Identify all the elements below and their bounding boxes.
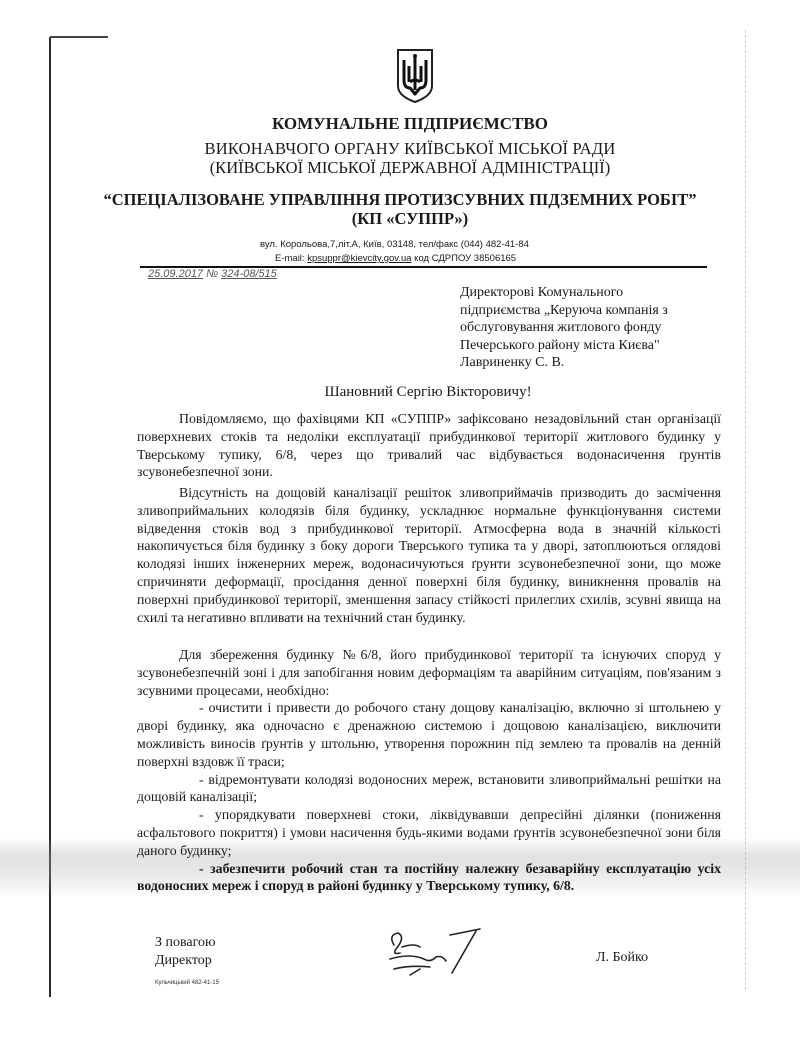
body-paragraph-2: Відсутність на дощовій каналізації решіт… [137, 484, 721, 626]
addressee-block: Директорові Комунального підприємства „К… [460, 284, 720, 372]
org-address: вул. Корольова,7,літ.А, Київ, 03148, тел… [260, 239, 529, 250]
addressee-line: обслуговування житлового фонду [460, 319, 720, 337]
org-parent-line: ВИКОНАВЧОГО ОРГАНУ КИЇВСЬКОЇ МІСЬКОЇ РАД… [10, 139, 800, 159]
signatory-position: Директор [155, 952, 216, 970]
addressee-line: Лавриненку С. В. [460, 354, 720, 372]
outgoing-reference: 25.09.2017 № 324-08/515 [148, 268, 277, 280]
email-label: E-mail: [275, 253, 307, 264]
paragraph-text: Відсутність на дощовій каналізації решіт… [137, 484, 721, 626]
org-type-heading: КОМУНАЛЬНЕ ПІДПРИЄМСТВО [10, 114, 800, 134]
executor-note: Кульчицький 482-41-15 [155, 980, 219, 986]
addressee-line: Директорові Комунального [460, 284, 720, 302]
outgoing-date: 25.09.2017 [148, 268, 203, 280]
addressee-line: підприємства „Керуюча компанія з [460, 302, 720, 320]
body-paragraph-3: Для збереження будинку №6/8, його прибуд… [137, 646, 721, 895]
action-item-1: - очистити і привести до робочого стану … [137, 699, 721, 770]
body-paragraph-1: Повідомляємо, що фахівцями КП «СУППР» за… [137, 410, 721, 481]
paragraph-text: Повідомляємо, що фахівцями КП «СУППР» за… [137, 410, 721, 481]
email-link[interactable]: kpsuppr@kievcity.gov.ua [307, 253, 411, 264]
signatory-name: Л. Бойко [596, 950, 648, 966]
org-parent-line-2: (КИЇВСЬКОЇ МІСЬКОЇ ДЕРЖАВНОЇ АДМІНІСТРАЦ… [10, 158, 800, 178]
org-abbrev: (КП «СУППР») [10, 209, 800, 229]
letter-page: КОМУНАЛЬНЕ ПІДПРИЄМСТВО ВИКОНАВЧОГО ОРГА… [0, 0, 800, 1057]
addressee-line: Печерського району міста Києва" [460, 337, 720, 355]
closing-regards: З повагою [155, 934, 216, 952]
page-fold-edge-top [50, 36, 108, 38]
action-item-3: - упорядкувати поверхневі стоки, ліквіду… [137, 806, 721, 859]
org-name-heading: “СПЕЦІАЛІЗОВАНЕ УПРАВЛІННЯ ПРОТИЗСУВНИХ … [0, 190, 800, 210]
outgoing-number: 324-08/515 [221, 268, 277, 280]
org-contact-line: E-mail: kpsuppr@kievcity.gov.ua код СДРП… [275, 253, 516, 264]
paragraph-text: Для збереження будинку №6/8, його прибуд… [137, 646, 721, 699]
action-item-2: - відремонтувати колодязі водоносних мер… [137, 771, 721, 807]
salutation: Шановний Сергію Вікторовичу! [28, 384, 800, 401]
edrpou-code: код СДРПОУ 38506165 [412, 253, 517, 264]
closing-block: З повагою Директор [155, 934, 216, 970]
action-item-4: - забезпечити робочий стан та постійну н… [137, 860, 721, 896]
outgoing-number-label: № [206, 268, 218, 280]
trident-coat-of-arms-icon [396, 48, 434, 104]
handwritten-signature-icon [380, 925, 490, 985]
